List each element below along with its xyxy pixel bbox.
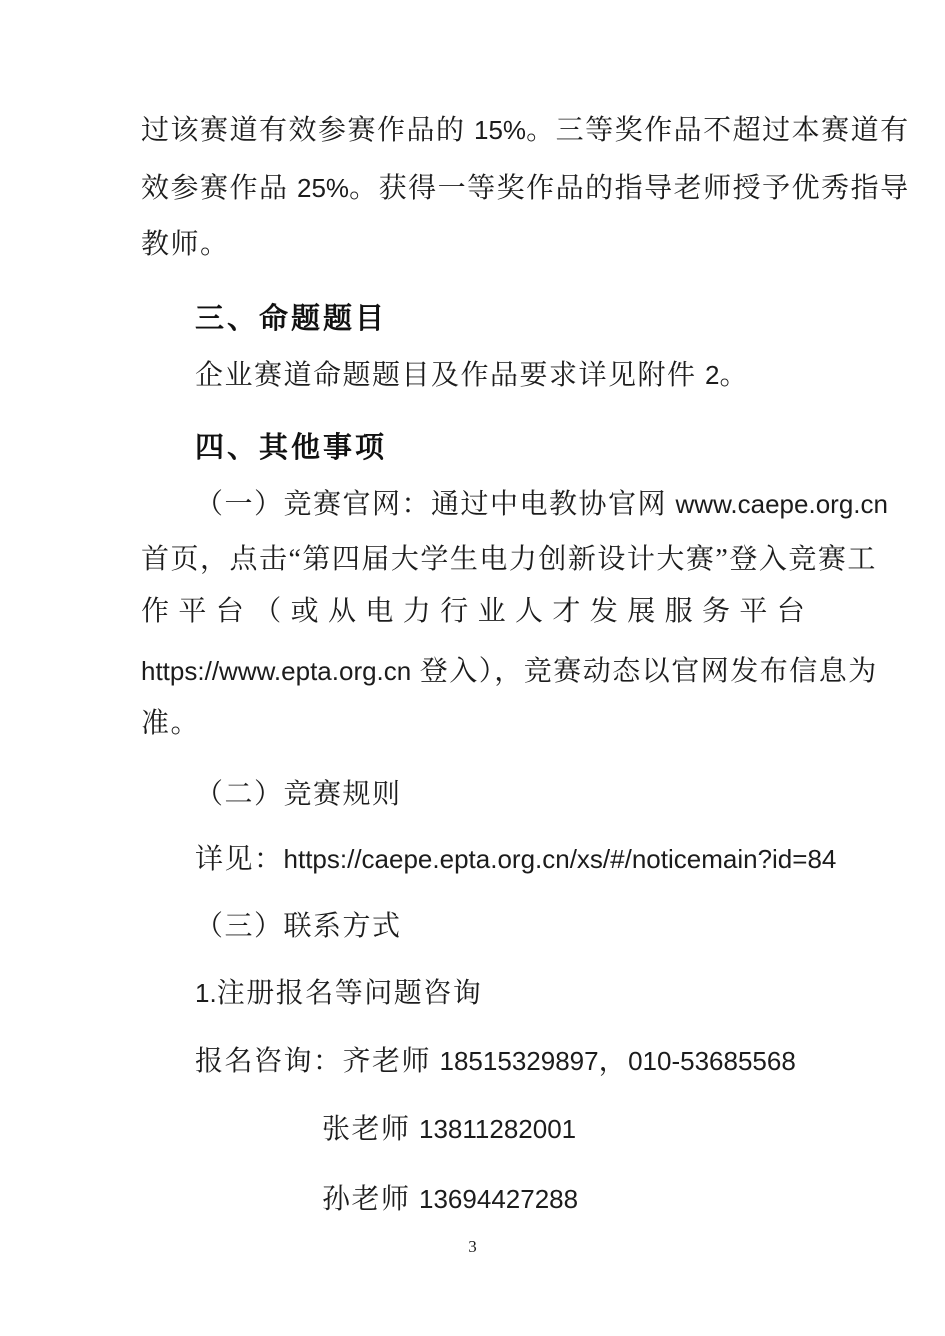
body-text: 孙老师 (322, 1184, 419, 1215)
body-text: 准。 (141, 708, 200, 739)
subsection-heading-rules: （二）竞赛规则 (195, 777, 805, 813)
paragraph-line: 过该赛道有效参赛作品的 15%。三等奖作品不超过本赛道有 (141, 112, 805, 149)
body-text: 注册报名等问题咨询 (217, 978, 483, 1009)
paragraph-line: 作平台（或从电力行业人才发展服务平台 (141, 594, 805, 630)
website-url-text: https://www.epta.org.cn (141, 656, 411, 686)
percentage-value: 15% (474, 115, 526, 145)
rules-url-text: https://caepe.epta.org.cn/xs/#/noticemai… (284, 844, 837, 874)
paragraph-line: 准。 (141, 706, 805, 742)
paragraph-line: 1.注册报名等问题咨询 (195, 975, 805, 1012)
body-text: （三）联系方式 (195, 911, 402, 942)
paragraph-line: 首页，点击“第四届大学生电力创新设计大赛”登入竞赛工 (141, 542, 805, 578)
body-text: 报名咨询：齐老师 (195, 1046, 440, 1077)
body-text: 效参赛作品 (141, 173, 297, 204)
phone-number: 010-53685568 (628, 1046, 796, 1076)
contact-line: 张老师 13811282001 (322, 1111, 805, 1148)
attachment-number: 2 (705, 360, 719, 390)
body-text: 过该赛道有效参赛作品的 (141, 115, 474, 146)
heading-text: 四、其他事项 (195, 432, 387, 464)
paragraph-line: 教师。 (141, 227, 805, 263)
paragraph-line: （一）竞赛官网：通过中电教协官网 www.caepe.org.cn (195, 486, 805, 523)
paragraph-line: 效参赛作品 25%。获得一等奖作品的指导老师授予优秀指导 (141, 170, 805, 207)
body-text: 登入），竞赛动态以官网发布信息为 (411, 656, 878, 687)
document-page: 过该赛道有效参赛作品的 15%。三等奖作品不超过本赛道有 效参赛作品 25%。获… (0, 0, 945, 1336)
paragraph-line: 企业赛道命题题目及作品要求详见附件 2。 (195, 357, 805, 394)
body-text: 首页，点击“第四届大学生电力创新设计大赛”登入竞赛工 (141, 544, 877, 575)
section-heading-three: 三、命题题目 (195, 301, 805, 337)
subsection-heading-contact: （三）联系方式 (195, 909, 805, 945)
body-text: 详见： (195, 844, 284, 875)
percentage-value: 25% (297, 173, 349, 203)
phone-number: 18515329897 (440, 1046, 599, 1076)
heading-text: 三、命题题目 (195, 303, 387, 335)
page-number: 3 (0, 1237, 945, 1257)
body-text: （一）竞赛官网：通过中电教协官网 (195, 489, 676, 520)
body-text: 张老师 (322, 1114, 419, 1145)
body-text: 。 (719, 360, 749, 391)
body-text: （二）竞赛规则 (195, 779, 402, 810)
contact-line: 孙老师 13694427288 (322, 1181, 805, 1218)
phone-number: 13811282001 (419, 1114, 576, 1144)
contact-line: 报名咨询：齐老师 18515329897，010-53685568 (195, 1043, 805, 1080)
list-number: 1. (195, 978, 217, 1008)
paragraph-line: https://www.epta.org.cn 登入），竞赛动态以官网发布信息为 (141, 653, 805, 690)
phone-number: 13694427288 (419, 1184, 578, 1214)
body-text: 教师。 (141, 229, 230, 260)
body-text: 企业赛道命题题目及作品要求详见附件 (195, 360, 705, 391)
paragraph-line: 详见：https://caepe.epta.org.cn/xs/#/notice… (195, 841, 805, 878)
body-text: 作平台（或从电力行业人才发展服务平台 (141, 596, 814, 627)
body-text: ， (599, 1046, 629, 1077)
body-text: 。三等奖作品不超过本赛道有 (526, 115, 910, 146)
body-text: 。获得一等奖作品的指导老师授予优秀指导 (349, 173, 910, 204)
website-url-text: www.caepe.org.cn (676, 489, 888, 519)
section-heading-four: 四、其他事项 (195, 430, 805, 466)
